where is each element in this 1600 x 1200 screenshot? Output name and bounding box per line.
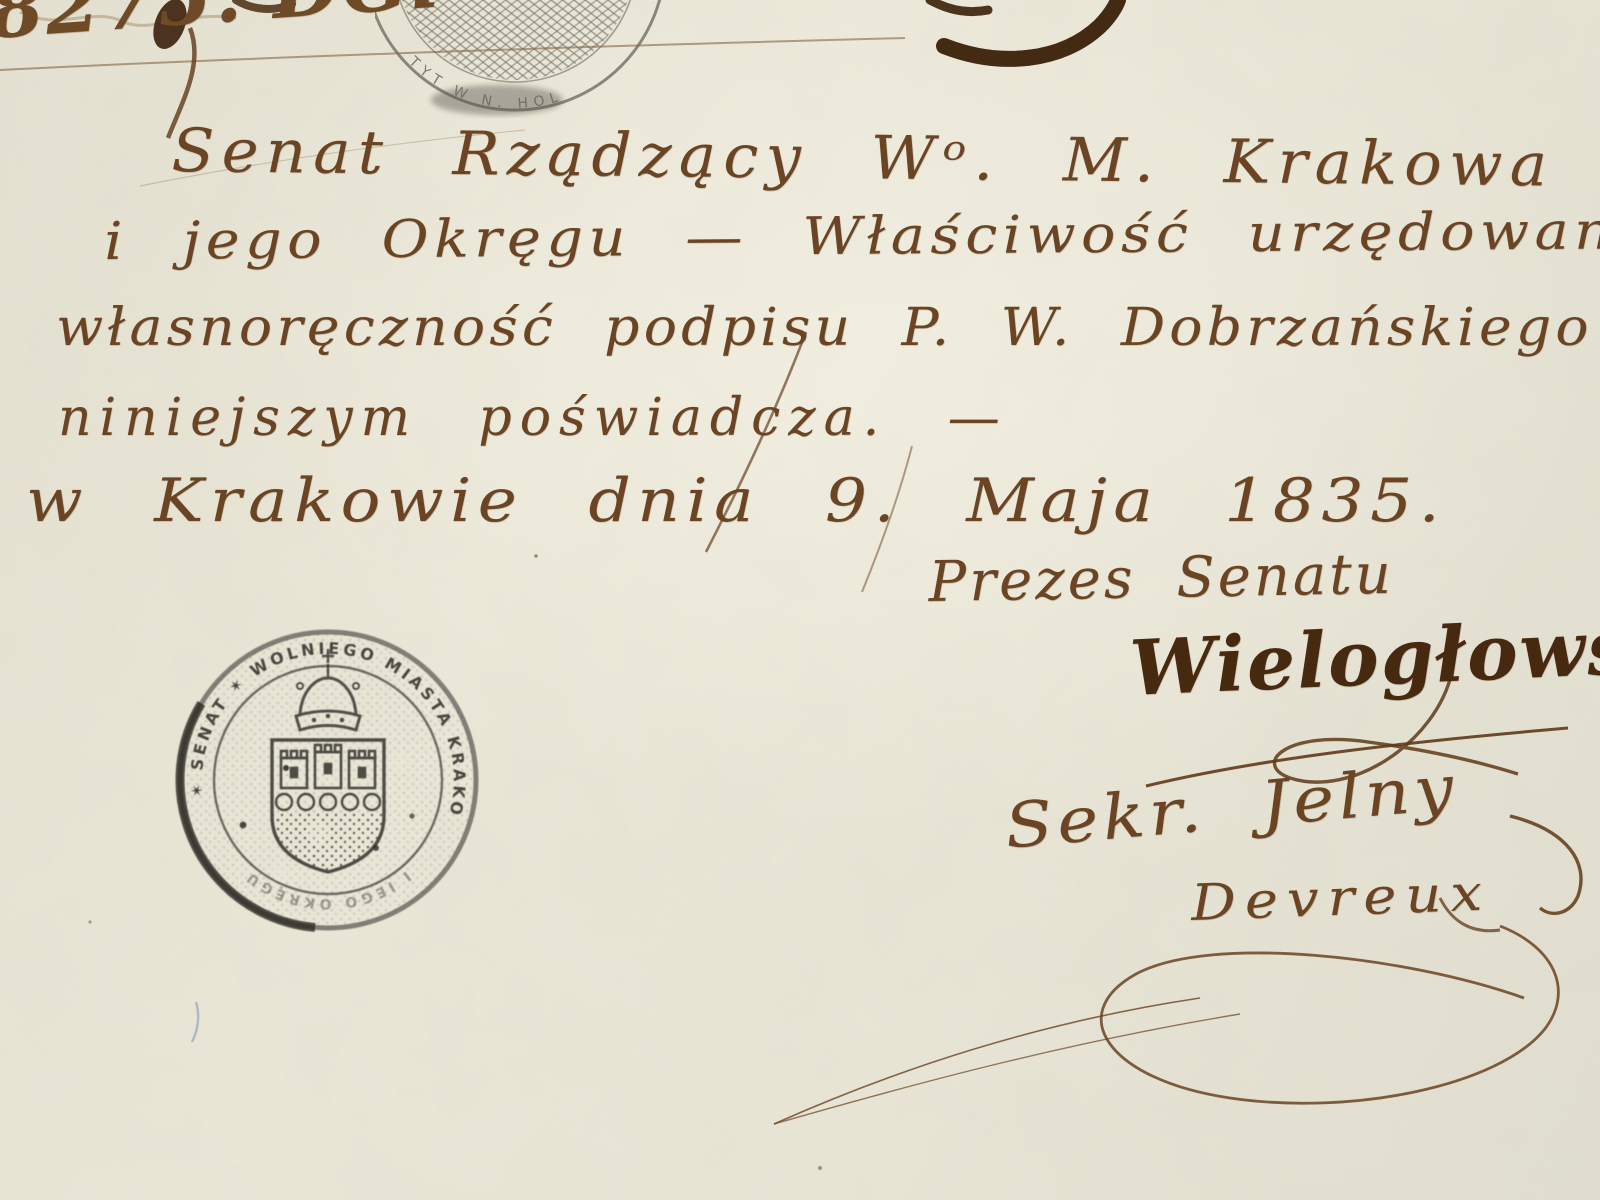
ink-speck: [818, 1166, 822, 1170]
body-line-4: niniejszym poświadcza. —: [58, 388, 1008, 448]
body-line-1: Senat Rządzący Wᵒ. M. Krakowa: [171, 116, 1554, 200]
president-title: Prezes Senatu: [928, 542, 1394, 615]
paraph-tail-1: [774, 998, 1200, 1124]
paraph-loop: [1101, 926, 1558, 1103]
senate-seal: ✶ SENAT ✶ WOLNIEGO MIASTA KRAKOWA I IEGO…: [168, 620, 490, 942]
document-photo: TYT W N. HOL: [0, 0, 1600, 1200]
secretary-tail-stroke: [1510, 816, 1581, 913]
top-right-ink-flourish: [944, 0, 1118, 59]
ink-speck: [534, 554, 538, 558]
secretary-title: Sekr. Jelny: [1002, 750, 1461, 862]
paraph-tail-2: [774, 1014, 1240, 1124]
ink-speck: [88, 920, 91, 923]
body-line-3: własnoręczność podpisu P. W. Dobrzańskie…: [56, 298, 1593, 358]
date-line: w Krakowie dnia 9. Maja 1835.: [26, 466, 1446, 536]
body-line-2: i jego Okręgu — Właściwość urzędowania i: [104, 200, 1600, 272]
secretary-signature: Devreux: [1190, 864, 1492, 932]
top-right-ink-flourish-2: [930, 0, 988, 12]
blue-fiber-fleck: [192, 1002, 198, 1042]
president-signature: Wielogłows: [1128, 602, 1600, 713]
